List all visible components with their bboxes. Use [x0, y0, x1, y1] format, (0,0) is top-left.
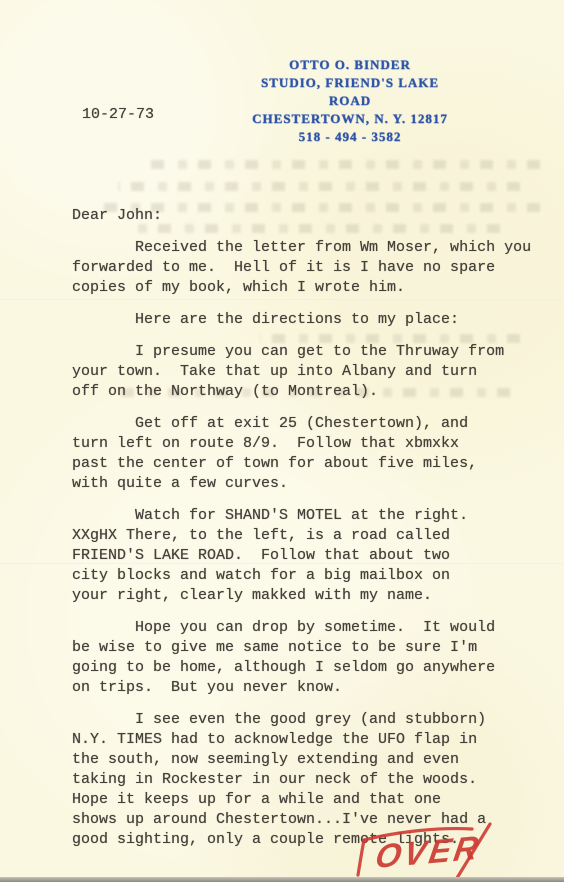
date: 10-27-73 — [82, 106, 154, 123]
letter-body: Dear John: Received the letter from Wm M… — [72, 206, 542, 862]
scan-edge — [0, 877, 564, 882]
paragraph: Get off at exit 25 (Chestertown), and tu… — [72, 414, 542, 494]
letterhead-line: CHESTERTOWN, N. Y. 12817 — [240, 110, 460, 128]
ghost-line — [118, 182, 520, 191]
paragraphs: Received the letter from Wm Moser, which… — [72, 238, 542, 850]
letterhead-line: STUDIO, FRIEND'S LAKE ROAD — [240, 74, 460, 110]
letterhead-line: 518 - 494 - 3582 — [240, 128, 460, 146]
over-box-left-stroke — [358, 840, 364, 875]
paragraph: Hope you can drop by sometime. It would … — [72, 618, 542, 698]
ghost-line — [150, 160, 540, 169]
paragraph: I presume you can get to the Thruway fro… — [72, 342, 542, 402]
letterhead-line: OTTO O. BINDER — [240, 56, 460, 74]
letter-page: OTTO O. BINDERSTUDIO, FRIEND'S LAKE ROAD… — [0, 0, 564, 882]
letterhead-stamp: OTTO O. BINDERSTUDIO, FRIEND'S LAKE ROAD… — [240, 56, 460, 146]
paragraph: Watch for SHAND'S MOTEL at the right. XX… — [72, 506, 542, 606]
over-annotation: OVER — [348, 818, 518, 882]
paragraph: Received the letter from Wm Moser, which… — [72, 238, 542, 298]
paragraph: Here are the directions to my place: — [72, 310, 542, 330]
salutation: Dear John: — [72, 206, 542, 226]
over-text: OVER — [373, 830, 484, 876]
